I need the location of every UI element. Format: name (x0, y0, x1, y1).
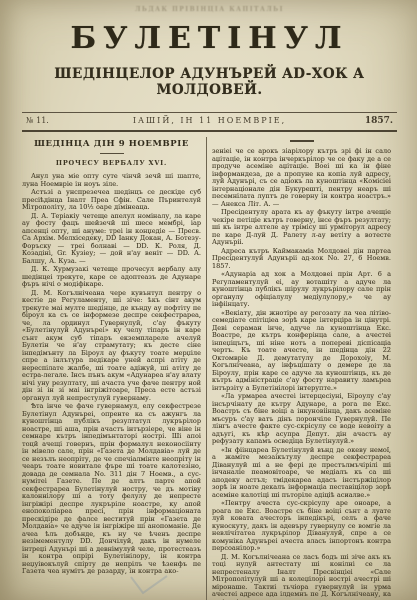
article-columns: ШЕДІНЦА ДІН 9 НОЕМВРІЕ ПРОЧЕСУ ВЕРБАЛУ X… (22, 137, 397, 600)
paragraph: «Ін фіінцареа Булетінулуй вънд де океву … (212, 447, 391, 500)
pencil-mark (128, 574, 170, 598)
issue-number: № 11. (26, 116, 96, 125)
paragraph: Адреса кътръ Каймакаміа Молдовеі дін пар… (212, 248, 391, 271)
paragraph: Д. К. Хурмузакі четеще прочесул вербалу … (22, 266, 201, 289)
paragraph: Пресідентулу арата къ ау фъкуту інтре ач… (212, 209, 391, 247)
section-heading: ШЕДІНЦА ДІН 9 НОЕМВРІЕ (22, 139, 201, 149)
masthead-subtitle: ШЕДІНЦЕЛОР АДУНЪРЕЙ AD-ХОК А МОЛДОВЕЙ. (22, 66, 397, 98)
paragraph: «Пентру ачеста сус-скрісулу аре оноаре, … (212, 500, 391, 553)
dateline: № 11. ІАШІЙ, ІН 11 НОЕМВРІЕ, 1857. (22, 112, 397, 132)
year-label: 1857. (323, 116, 393, 126)
right-column: зеніеі че се арокъ зіарілору кътръ зрі ф… (207, 137, 391, 600)
paragraph: Д. М. Когълнічеана чере кувънтул пентру … (22, 290, 201, 403)
paragraph: «Адунаріа ад хок а Молдовеі прін Арт. 6 … (212, 271, 391, 309)
paragraph: зеніеі че се арокъ зіарілору кътръ зрі ф… (212, 148, 391, 208)
proces-verbal-heading: ПРОЧЕСУ ВЕРБАЛУ XVI. (22, 159, 201, 167)
paragraph: Астъзі а унспрезечеа шедінцъ се дескіде … (22, 189, 201, 212)
left-column: ШЕДІНЦА ДІН 9 НОЕМВРІЕ ПРОЧЕСУ ВЕРБАЛУ X… (22, 137, 206, 600)
paragraph: Д. А. Теріакіу четеще апелул номіналу, л… (22, 213, 201, 266)
page-content: ЛЬДАК ПРІВІНЦІА КАПІТАЛЬІ БУЛЕТІНУЛ ШЕДІ… (22, 6, 397, 600)
paragraph: Анул уна міе опту суте чінчй зечй ші шап… (22, 173, 201, 188)
newspaper-page: ЛЬДАК ПРІВІНЦІА КАПІТАЛЬІ БУЛЕТІНУЛ ШЕДІ… (0, 0, 417, 600)
paragraph: Д. М. Когълнічеана се ласъ бодъ ші зіче … (212, 554, 391, 600)
paragraph: «Ла урмареа ачестеі інтерцесіуні, Біроул… (212, 393, 391, 446)
bleed-through-text: ЛЬДАК ПРІВІНЦІА КАПІТАЛЬІ (22, 6, 397, 15)
paragraph: «Векіату, дін жнотіре ау регозату ла чеа… (212, 310, 391, 393)
heading-rule (100, 153, 124, 154)
paragraph: Ѣта інче че фаче гувернамул, елу секфест… (22, 403, 201, 576)
place-and-date: ІАШІЙ, ІН 11 НОЕМВРІЕ, (96, 116, 323, 125)
section-divider-dash (290, 140, 314, 142)
masthead-title: БУЛЕТІНУЛ (22, 22, 397, 55)
